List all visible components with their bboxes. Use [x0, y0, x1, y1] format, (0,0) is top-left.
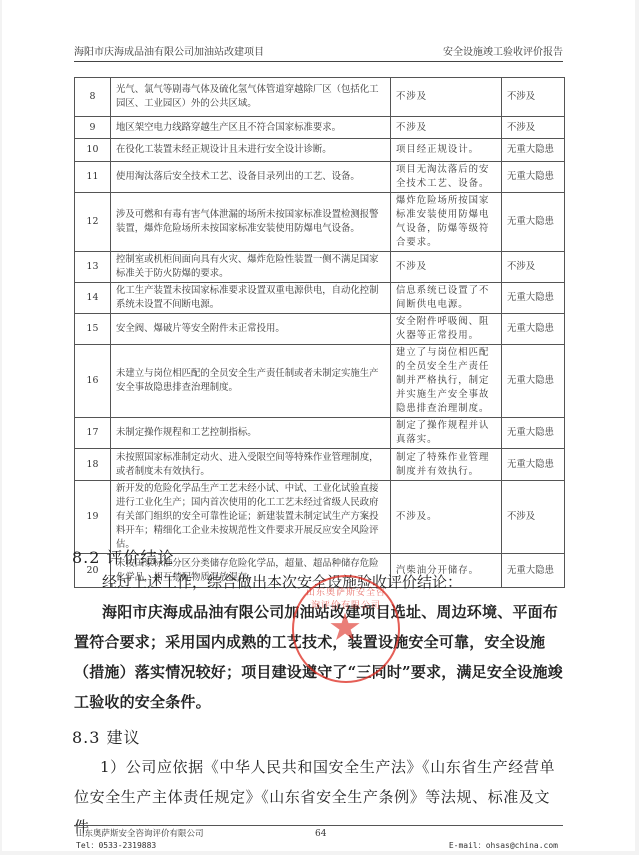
row-number: 12: [75, 193, 111, 252]
row-number: 17: [75, 418, 111, 449]
row-number: 14: [75, 283, 111, 314]
row-item: 使用淘汰落后安全技术工艺、设备目录列出的工艺、设备。: [111, 162, 391, 193]
header-project-title: 海阳市庆海成品油有限公司加油站改建项目: [74, 46, 264, 59]
row-result: 无重大隐患: [502, 193, 565, 252]
table-row: 12 涉及可燃和有毒有害气体泄漏的场所未按国家标准设置检测报警装置，爆炸危险场所…: [75, 193, 565, 252]
table-row: 19 新开发的危险化学品生产工艺未经小试、中试、工业化试验直接进行工业化生产；国…: [75, 481, 565, 554]
row-measure: 制定了特殊作业管理制度并有效执行。: [391, 449, 502, 481]
table-row: 11 使用淘汰落后安全技术工艺、设备目录列出的工艺、设备。 项目无淘汰落后的安全…: [75, 162, 565, 193]
row-result: 无重大隐患: [502, 162, 565, 193]
row-number: 10: [75, 139, 111, 162]
row-measure: 信息系统已设置了不间断供电电源。: [391, 283, 502, 314]
footer-email: E-mail：ohsas@china.com: [449, 840, 558, 851]
row-result: 不涉及: [502, 252, 565, 283]
row-item: 光气、氯气等剧毒气体及硫化氢气体管道穿越除厂区（包括化工园区、工业园区）外的公共…: [111, 78, 391, 117]
table-row: 8 光气、氯气等剧毒气体及硫化氢气体管道穿越除厂区（包括化工园区、工业园区）外的…: [75, 78, 565, 117]
row-number: 16: [75, 345, 111, 418]
row-measure: 不涉及: [391, 252, 502, 283]
row-item: 未制定操作规程和工艺控制指标。: [111, 418, 391, 449]
row-measure: 爆炸危险场所按国家标准安装使用防爆电气设备，防爆等级符合要求。: [391, 193, 502, 252]
table-row: 10 在役化工装置未经正规设计且未进行安全设计诊断。 项目经正规设计。 无重大隐…: [75, 139, 565, 162]
table-row: 18 未按照国家标准制定动火、进入受限空间等特殊作业管理制度，或者制度未有效执行…: [75, 449, 565, 481]
row-measure: 制定了操作规程并认真落实。: [391, 418, 502, 449]
row-number: 13: [75, 252, 111, 283]
row-result: 无重大隐患: [502, 139, 565, 162]
footer-tel: Tel：0533-2319883: [76, 840, 156, 851]
table-row: 15 安全阀、爆破片等安全附件未正常投用。 安全附件呼吸阀、阻火器等正常投用。 …: [75, 314, 565, 345]
row-measure: 安全附件呼吸阀、阻火器等正常投用。: [391, 314, 502, 345]
row-item: 控制室或机柜间面向具有火灾、爆炸危险性装置一侧不满足国家标准关于防火防爆的要求。: [111, 252, 391, 283]
table-row: 17 未制定操作规程和工艺控制指标。 制定了操作规程并认真落实。 无重大隐患: [75, 418, 565, 449]
footer-company: 山东奥萨斯安全咨询评价有限公司: [76, 829, 204, 840]
table-row: 14 化工生产装置未按国家标准要求设置双重电源供电，自动化控制系统未设置不间断电…: [75, 283, 565, 314]
table-row: 13 控制室或机柜间面向具有火灾、爆炸危险性装置一侧不满足国家标准关于防火防爆的…: [75, 252, 565, 283]
row-item: 在役化工装置未经正规设计且未进行安全设计诊断。: [111, 139, 391, 162]
row-number: 18: [75, 449, 111, 481]
page-number: 64: [315, 829, 326, 840]
conclusion-intro: 经过上述工作，综合做出本次安全设施验收评价结论：: [74, 567, 564, 597]
row-measure: 建立了与岗位相匹配的全员安全生产责任制并严格执行，制定并实施生产安全事故隐患排查…: [391, 345, 502, 418]
row-result: 不涉及: [502, 481, 565, 554]
row-measure: 项目经正规设计。: [391, 139, 502, 162]
section-heading-8-2: 8.2 评价结论: [72, 545, 175, 568]
row-item: 未按照国家标准制定动火、进入受限空间等特殊作业管理制度，或者制度未有效执行。: [111, 449, 391, 481]
row-result: 无重大隐患: [502, 449, 565, 481]
section-heading-8-3: 8.3 建议: [72, 725, 141, 748]
row-item: 未建立与岗位相匹配的全员安全生产责任制或者未制定实施生产安全事故隐患排查治理制度…: [111, 345, 391, 418]
row-measure: 不涉及: [391, 117, 502, 139]
row-item: 涉及可燃和有毒有害气体泄漏的场所未按国家标准设置检测报警装置，爆炸危险场所未按国…: [111, 193, 391, 252]
row-result: 无重大隐患: [502, 314, 565, 345]
row-measure: 不涉及: [391, 78, 502, 117]
document-page: 海阳市庆海成品油有限公司加油站改建项目 安全设施竣工验收评价报告 8 光气、氯气…: [2, 0, 635, 851]
row-result: 无重大隐患: [502, 418, 565, 449]
row-result: 不涉及: [502, 78, 565, 117]
page-header: 海阳市庆海成品油有限公司加油站改建项目 安全设施竣工验收评价报告: [74, 46, 563, 62]
row-number: 19: [75, 481, 111, 554]
header-report-title: 安全设施竣工验收评价报告: [443, 46, 563, 59]
row-result: 不涉及: [502, 117, 565, 139]
table-row: 9 地区架空电力线路穿越生产区且不符合国家标准要求。 不涉及 不涉及: [75, 117, 565, 139]
row-number: 15: [75, 314, 111, 345]
row-item: 安全阀、爆破片等安全附件未正常投用。: [111, 314, 391, 345]
row-item: 新开发的危险化学品生产工艺未经小试、中试、工业化试验直接进行工业化生产；国内首次…: [111, 481, 391, 554]
footer-divider: [74, 825, 563, 826]
row-item: 化工生产装置未按国家标准要求设置双重电源供电，自动化控制系统未设置不间断电源。: [111, 283, 391, 314]
row-number: 9: [75, 117, 111, 139]
row-item: 地区架空电力线路穿越生产区且不符合国家标准要求。: [111, 117, 391, 139]
hazard-checklist-table: 8 光气、氯气等剧毒气体及硫化氢气体管道穿越除厂区（包括化工园区、工业园区）外的…: [74, 77, 565, 588]
table-row: 16 未建立与岗位相匹配的全员安全生产责任制或者未制定实施生产安全事故隐患排查治…: [75, 345, 565, 418]
row-number: 8: [75, 78, 111, 117]
row-result: 无重大隐患: [502, 345, 565, 418]
row-measure: 项目无淘汰落后的安全技术工艺、设备。: [391, 162, 502, 193]
row-result: 无重大隐患: [502, 283, 565, 314]
conclusion-text: 海阳市庆海成品油有限公司加油站改建项目选址、周边环境、平面布置符合要求；采用国内…: [74, 597, 564, 717]
row-measure: 不涉及。: [391, 481, 502, 554]
row-number: 11: [75, 162, 111, 193]
